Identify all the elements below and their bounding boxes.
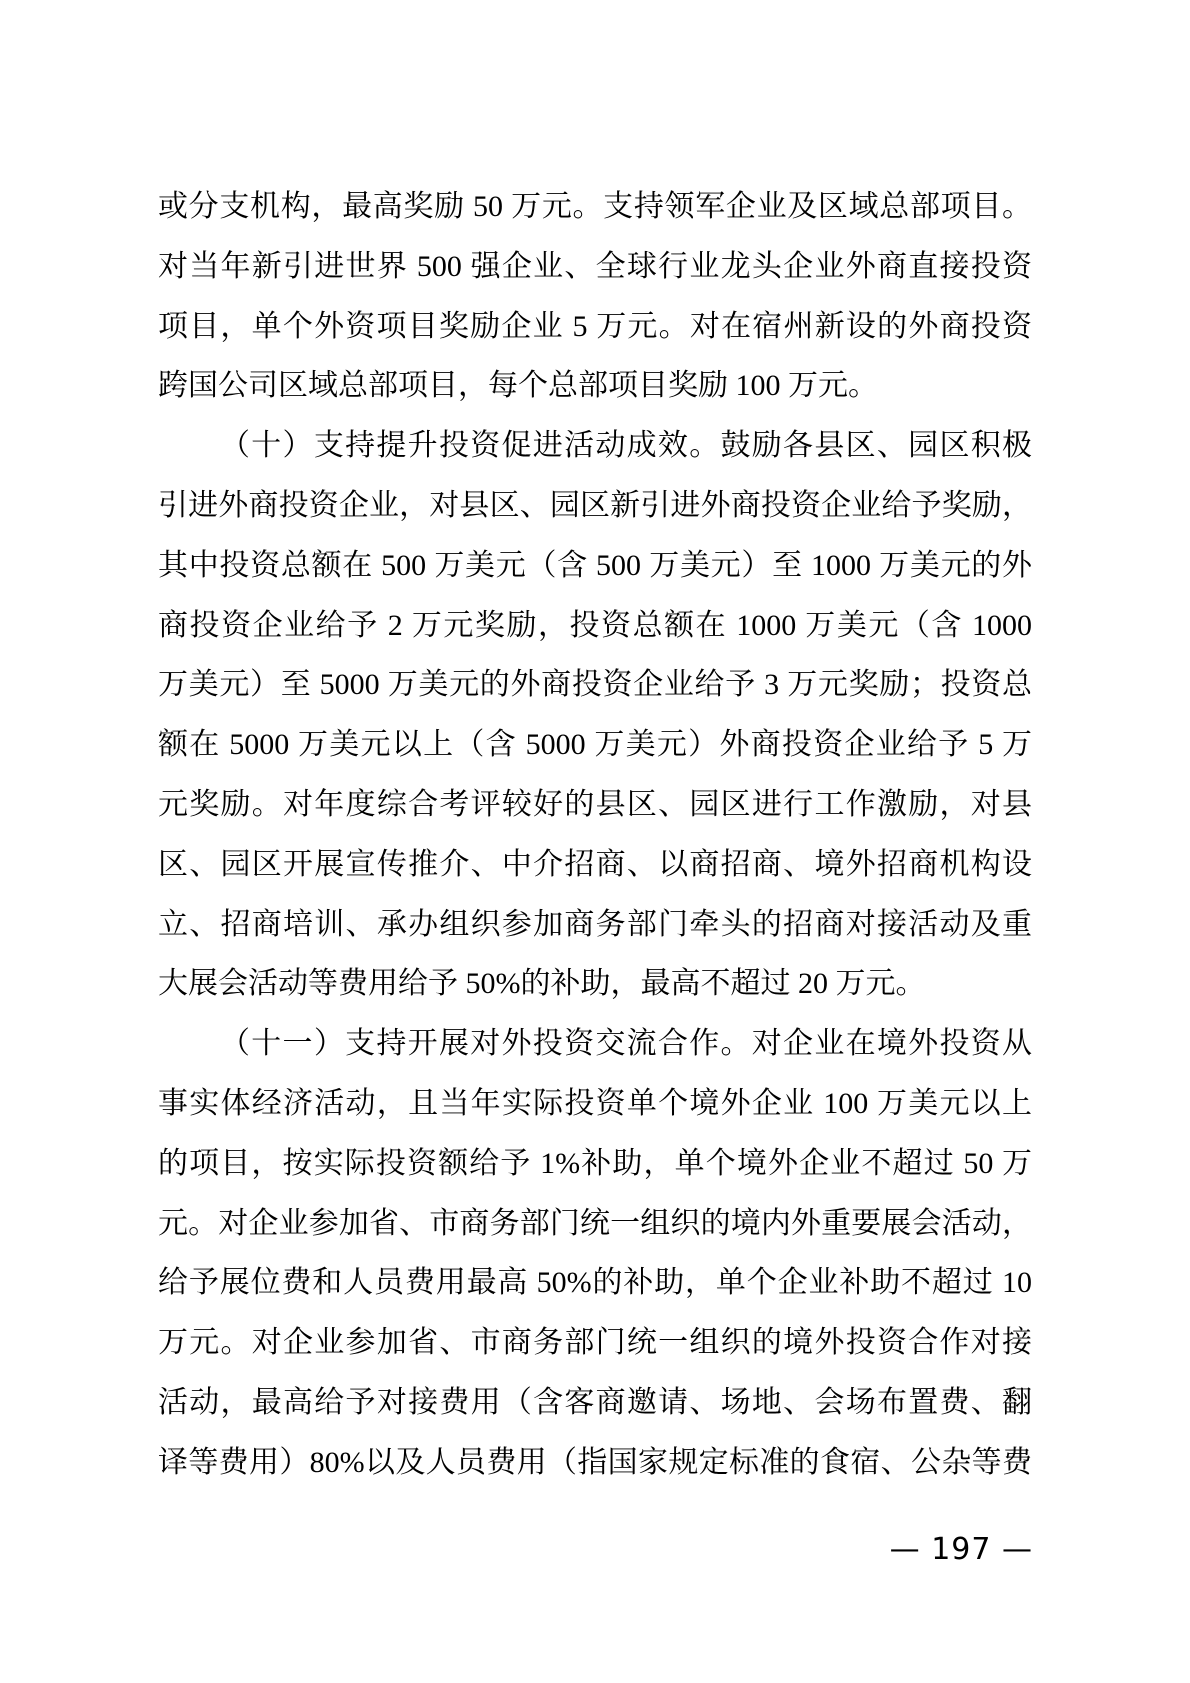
body-line: 或分支机构，最高奖励 50 万元。支持领军企业及区域总部项目。 xyxy=(158,177,1032,237)
body-line: 活动，最高给予对接费用（含客商邀请、场地、会场布置费、翻 xyxy=(158,1373,1032,1433)
body-line: 的项目，按实际投资额给予 1%补助，单个境外企业不超过 50 万 xyxy=(158,1134,1032,1194)
body-line: 万美元）至 5000 万美元的外商投资企业给予 3 万元奖励；投资总 xyxy=(158,655,1032,715)
body-line: 大展会活动等费用给予 50%的补助，最高不超过 20 万元。 xyxy=(158,954,1032,1014)
body-line: 其中投资总额在 500 万美元（含 500 万美元）至 1000 万美元的外 xyxy=(158,536,1032,596)
body-line: 元。对企业参加省、市商务部门统一组织的境内外重要展会活动， xyxy=(158,1194,1032,1254)
body-text-block: 或分支机构，最高奖励 50 万元。支持领军企业及区域总部项目。 对当年新引进世界… xyxy=(158,177,1032,1493)
body-line: 译等费用）80%以及人员费用（指国家规定标准的食宿、公杂等费 xyxy=(158,1433,1032,1493)
body-line: 引进外商投资企业，对县区、园区新引进外商投资企业给予奖励， xyxy=(158,476,1032,536)
body-line: 项目，单个外资项目奖励企业 5 万元。对在宿州新设的外商投资 xyxy=(158,297,1032,357)
body-line: 对当年新引进世界 500 强企业、全球行业龙头企业外商直接投资 xyxy=(158,237,1032,297)
body-line: 元奖励。对年度综合考评较好的县区、园区进行工作激励，对县 xyxy=(158,775,1032,835)
body-line: 立、招商培训、承办组织参加商务部门牵头的招商对接活动及重 xyxy=(158,895,1032,955)
page-number: — 197 — xyxy=(890,1532,1033,1567)
page-footer: — 197 — xyxy=(890,1533,1033,1567)
body-line: 万元。对企业参加省、市商务部门统一组织的境外投资合作对接 xyxy=(158,1313,1032,1373)
body-line: 跨国公司区域总部项目，每个总部项目奖励 100 万元。 xyxy=(158,356,1032,416)
body-line: 区、园区开展宣传推介、中介招商、以商招商、境外招商机构设 xyxy=(158,835,1032,895)
document-page: 或分支机构，最高奖励 50 万元。支持领军企业及区域总部项目。 对当年新引进世界… xyxy=(0,0,1190,1683)
body-line: 商投资企业给予 2 万元奖励，投资总额在 1000 万美元（含 1000 xyxy=(158,596,1032,656)
body-line-section-11-start: （十一）支持开展对外投资交流合作。对企业在境外投资从 xyxy=(158,1014,1032,1074)
body-line: 额在 5000 万美元以上（含 5000 万美元）外商投资企业给予 5 万 xyxy=(158,715,1032,775)
body-line: 给予展位费和人员费用最高 50%的补助，单个企业补助不超过 10 xyxy=(158,1253,1032,1313)
body-line-section-10-start: （十）支持提升投资促进活动成效。鼓励各县区、园区积极 xyxy=(158,416,1032,476)
body-line: 事实体经济活动，且当年实际投资单个境外企业 100 万美元以上 xyxy=(158,1074,1032,1134)
